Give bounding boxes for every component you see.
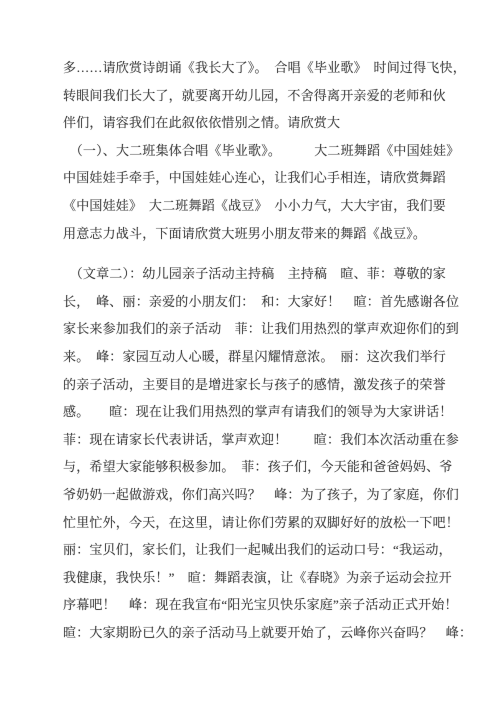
text-line: 与，希望大家能够积极参加。 菲：孩子们，今天能和爸爸妈妈、爷 — [63, 453, 449, 481]
text-line: 感。 暄：现在让我们用热烈的掌声有请我们的领导为大家讲话！ — [63, 398, 449, 426]
text-line: 的亲子活动，主要目的是增进家长与孩子的感情，激发孩子的荣誉 — [63, 371, 449, 399]
text-line: 忙里忙外，今天，在这里，请让你们劳累的双脚好好的放松一下吧！ — [63, 509, 449, 537]
text-line: 丽：宝贝们，家长们，让我们一起喊出我们的运动口号：“我运动， — [63, 536, 449, 564]
text-line: 长， 峰、丽：亲爱的小朋友们： 和：大家好！ 暄：首先感谢各位 — [63, 288, 449, 316]
text-line: 序幕吧！ 峰：现在我宣布“阳光宝贝快乐家庭”亲子活动正式开始！ — [63, 591, 449, 619]
text-line: 菲：现在请家长代表讲话，掌声欢迎！ 暄：我们本次活动重在参 — [63, 426, 449, 454]
text-line: 伴们，请容我们在此叙依依惜别之情。请欣赏大 — [63, 109, 449, 137]
text-line: 转眼间我们长大了，就要离开幼儿园，不舍得离开亲爱的老师和伙 — [63, 82, 449, 110]
text-line: 用意志力战斗，下面请欣赏大班男小朋友带来的舞蹈《战豆》。 — [63, 220, 449, 248]
text-line: 我健康，我快乐！” 暄：舞蹈表演，让《春晓》为亲子运动会拉开 — [63, 564, 449, 592]
text-line: 中国娃娃手牵手，中国娃娃心连心，让我们心手相连，请欣赏舞蹈 — [63, 164, 449, 192]
paragraph: （一）、大二班集体合唱《毕业歌》。 大二班舞蹈《中国娃娃》中国娃娃手牵手，中国娃… — [63, 137, 449, 247]
document-page: 多……请欣赏诗朗诵《我长大了》。 合唱《毕业歌》 时间过得飞快，转眼间我们长大了… — [0, 0, 500, 708]
document-text-block: 多……请欣赏诗朗诵《我长大了》。 合唱《毕业歌》 时间过得飞快，转眼间我们长大了… — [63, 54, 449, 646]
text-line: 来。 峰：家园互动人心暖，群星闪耀情意浓。 丽：这次我们举行 — [63, 343, 449, 371]
text-line: （文章二）：幼儿园亲子活动主持稿 主持稿 暄、菲：尊敬的家 — [63, 260, 449, 288]
paragraph: 多……请欣赏诗朗诵《我长大了》。 合唱《毕业歌》 时间过得飞快，转眼间我们长大了… — [63, 54, 449, 137]
text-line: 暄：大家期盼已久的亲子活动马上就要开始了，云峰你兴奋吗？ 峰： — [63, 619, 449, 647]
text-line: 家长来参加我们的亲子活动 菲：让我们用热烈的掌声欢迎你们的到 — [63, 315, 449, 343]
text-line: 爷奶奶一起做游戏，你们高兴吗？ 峰：为了孩子，为了家庭，你们 — [63, 481, 449, 509]
text-line: 《中国娃娃》 大二班舞蹈《战豆》 小小力气，大大宇宙，我们要 — [63, 192, 449, 220]
text-line: 多……请欣赏诗朗诵《我长大了》。 合唱《毕业歌》 时间过得飞快， — [63, 54, 449, 82]
paragraph: （文章二）：幼儿园亲子活动主持稿 主持稿 暄、菲：尊敬的家长， 峰、丽：亲爱的小… — [63, 260, 449, 646]
text-line: （一）、大二班集体合唱《毕业歌》。 大二班舞蹈《中国娃娃》 — [63, 137, 449, 165]
